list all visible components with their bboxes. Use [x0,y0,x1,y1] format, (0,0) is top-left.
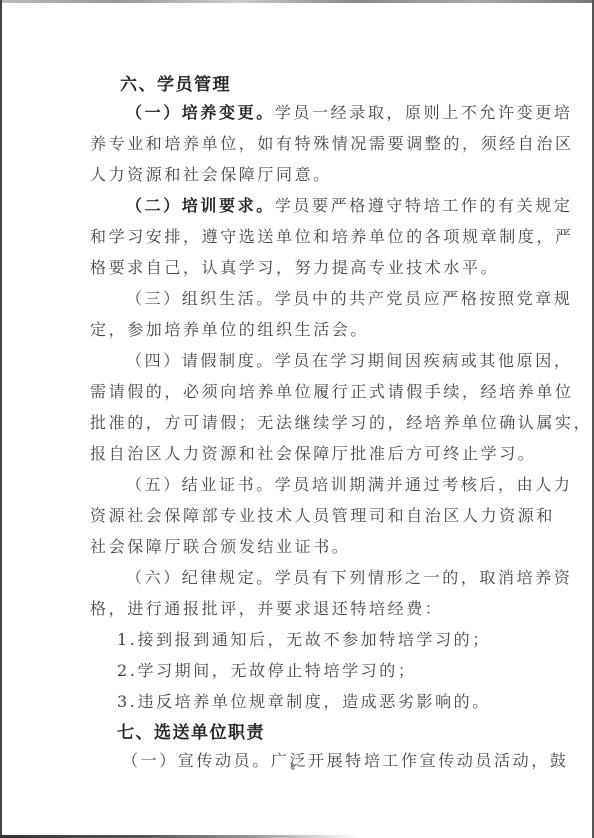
paragraph-line: 养专业和培养单位，如有特殊情况需要调整的，须经自治区 [90,131,574,154]
paragraph-line: 报自治区人力资源和社会保障厅批准后方可终止学习。 [90,441,536,464]
item-label: （三）组织生活。 [126,289,275,308]
scan-speck [500,295,502,297]
item-label: （四）请假制度。 [126,351,275,370]
paragraph-line: 人力资源和社会保障厅同意。 [90,162,332,185]
page-number: 4 [290,763,295,772]
section-heading-6: 六、学员管理 [120,70,231,95]
paragraph-line: 需请假的，必须向培养单位履行正式请假手续，经培养单位 [90,379,574,402]
paragraph-line: （二）培训要求。学员要严格遵守特培工作的有关规定 [126,193,572,216]
paragraph-line: （六）纪律规定。学员有下列情形之一的，取消培养资 [126,565,572,588]
paragraph-line: 资源社会保障部专业技术人员管理司和自治区人力资源和 [90,503,555,526]
item-label: （五）结业证书。 [126,475,275,494]
document-page: 六、学员管理 （一）培养变更。学员一经录取，原则上不允许变更培 养专业和培养单位… [0,0,594,838]
scan-speck [559,302,561,304]
list-item: 2.学习期间，无故停止特培学习的； [117,658,416,681]
item-label: （一）培养变更。 [126,103,275,122]
paragraph-line: （五）结业证书。学员培训期满并通过考核后，由人力 [126,472,572,495]
section-heading-7: 七、选送单位职责 [117,718,265,743]
paragraph-line: 批准的，方可请假；无法继续学习的，经培养单位确认属实， [90,410,592,433]
paragraph-line: （四）请假制度。学员在学习期间因疾病或其他原因， [126,348,572,371]
paragraph-line: 社会保障厅联合颁发结业证书。 [90,534,350,557]
item-label: （一）宣传动员。 [122,751,271,770]
paragraph-line: （一）培养变更。学员一经录取，原则上不允许变更培 [126,100,572,123]
paragraph-line: （三）组织生活。学员中的共产党员应严格按照党章规 [126,286,572,309]
item-label: （六）纪律规定。 [126,568,275,587]
paragraph-line: 定，参加培养单位的组织生活会。 [90,317,369,340]
paragraph-line: 格要求自己，认真学习，努力提高专业技术水平。 [90,255,499,278]
paragraph-line: （一）宣传动员。广泛开展特培工作宣传动员活动，鼓 [122,748,568,771]
list-item: 3.违反培养单位规章制度，造成恶劣影响的。 [117,689,491,712]
list-item: 1.接到报到通知后，无故不参加特培学习的； [117,627,491,650]
paragraph-line: 格，进行通报批评，并要求退还特培经费： [90,596,443,619]
paragraph-line: 和学习安排，遵守选送单位和培养单位的各项规章制度，严 [90,224,574,247]
item-label: （二）培训要求。 [126,196,275,215]
